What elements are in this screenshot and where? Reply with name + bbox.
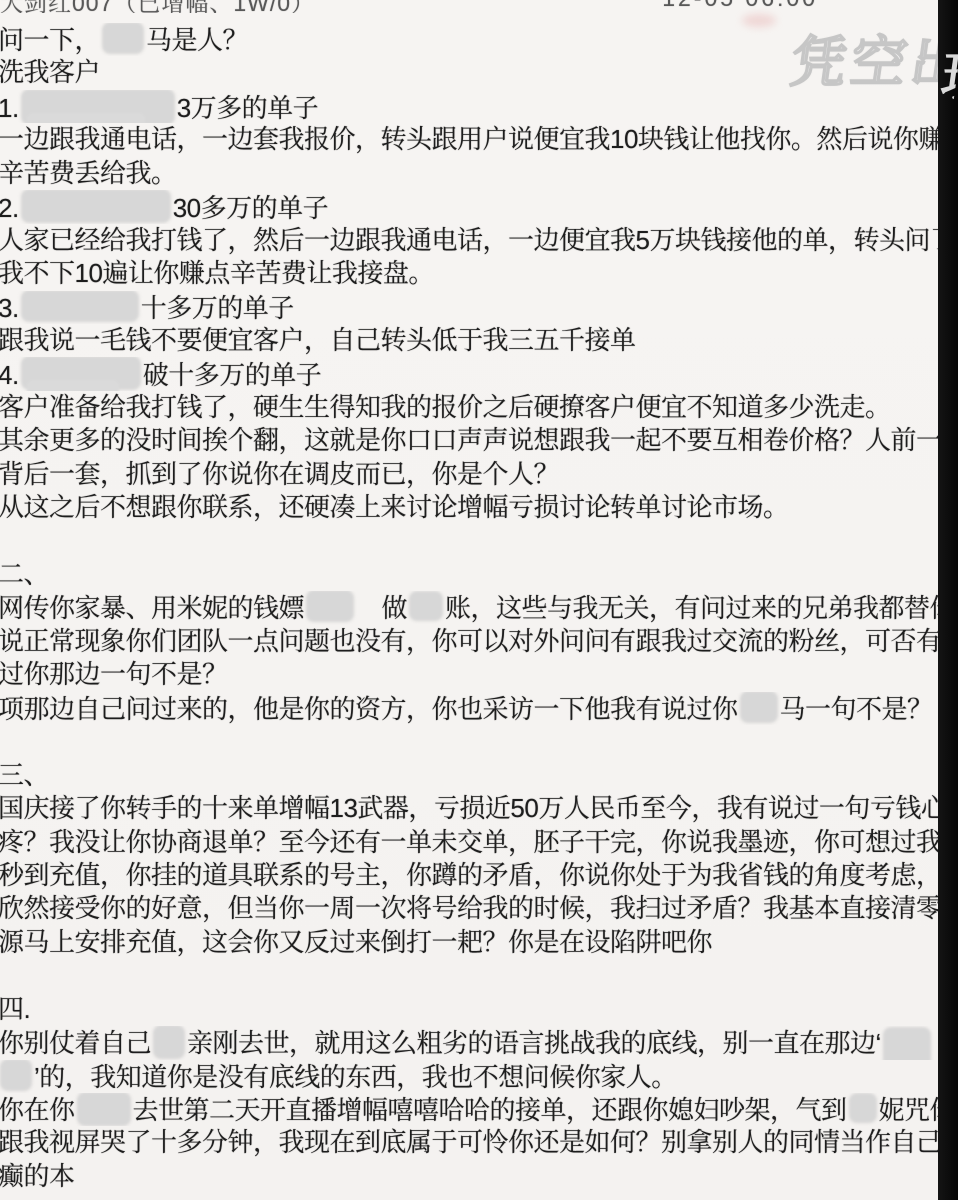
text-run: 洗我客户 xyxy=(0,57,100,87)
text-run: 我不下10遍让你赚点辛苦费让我接盘。 xyxy=(0,258,434,288)
text-run: 做 xyxy=(356,593,407,623)
redaction-blur xyxy=(22,190,170,222)
text-run: 4. xyxy=(0,360,19,390)
text-line: 3.十多万的单子 xyxy=(0,291,958,324)
text-run: 辛苦费丢给我。 xyxy=(0,158,177,188)
poster-name-partial: 大剑红007（已增幅、1W/0） xyxy=(0,0,315,13)
text-run: 项那边自己问过来的，他是你的资方，你也采访一下他我有说过你 xyxy=(0,694,738,724)
text-run: 秒到充值，你挂的道具联系的号主，你蹲的矛盾，你说你处于为我省钱的角度考虑，我 xyxy=(0,860,958,890)
text-line: 一边跟我通电话，一边套我报价，转头跟用户说便宜我10块钱让他找你。然后说你赚点 xyxy=(0,123,958,156)
text-run: 马是人？ xyxy=(146,25,248,55)
post-body: 问一下，马是人？洗我客户1.3万多的单子一边跟我通电话，一边套我报价，转头跟用户… xyxy=(0,23,958,1193)
text-line: 4.破十多万的单子 xyxy=(0,357,958,390)
text-line: 网传你家暴、用米妮的钱嫖 做账，这些与我无关，有问过来的兄弟我都替你解围 xyxy=(0,591,958,624)
redaction-blur xyxy=(22,90,174,123)
text-line: 跟我说一毛钱不要便宜客户，自己转头低于我三五千接单 xyxy=(0,324,958,357)
text-run: 30多万的单子 xyxy=(173,193,328,223)
watermark-text: 凭空出 xyxy=(786,18,958,97)
text-run: 国庆接了你转手的十来单增幅13武器，亏损近50万人民币至今，我有说过一句亏钱心 xyxy=(0,793,946,823)
text-run: 十多万的单子 xyxy=(141,293,294,323)
redaction-blur xyxy=(154,1026,184,1058)
text-run: 你别仗着自己 xyxy=(0,1028,151,1058)
text-line: 说正常现象你们团队一点问题也没有，你可以对外问问有跟我过交流的粉丝，可否有说 xyxy=(0,625,958,658)
text-line: 我不下10遍让你赚点辛苦费让我接盘。 xyxy=(0,257,958,290)
text-line: 你在你去世第二天开直播增幅嘻嘻哈哈的接单，还跟你媳妇吵架，气到妮咒你， xyxy=(0,1093,958,1126)
text-line: 三、 xyxy=(0,759,958,792)
text-run: 你在你 xyxy=(0,1095,75,1125)
text-run: 亲刚去世，就用这么粗劣的语言挑战我的底线，别一直在那边‘ xyxy=(187,1028,881,1058)
text-run: 从这之后不想跟你联系，还硬凑上来讨论增幅亏损讨论转单讨论市场。 xyxy=(0,492,789,522)
text-run: 二、 xyxy=(0,559,49,589)
screenshot-page: 大剑红007（已增幅、1W/0） 12-05 06:00 凭空出 现 问一下，马… xyxy=(0,0,958,1200)
redaction-blur xyxy=(103,23,143,53)
text-run: 3万多的单子 xyxy=(177,93,318,123)
redaction-blur xyxy=(850,1094,876,1122)
text-line: 2.30多万的单子 xyxy=(0,190,958,223)
redaction-blur xyxy=(78,1093,130,1125)
text-line: 源马上安排充值，这会你又反过来倒打一耙？你是在设陷阱吧你 xyxy=(0,926,958,959)
text-line: 其余更多的没时间挨个翻，这就是你口口声声说想跟我一起不要互相卷价格？人前一套 xyxy=(0,424,958,457)
text-run: 说正常现象你们团队一点问题也没有，你可以对外问问有跟我过交流的粉丝，可否有说 xyxy=(0,626,958,656)
text-run: 三、 xyxy=(0,760,49,790)
text-run: 问一下， xyxy=(0,25,100,55)
text-run: 四. xyxy=(0,994,30,1024)
redaction-blur xyxy=(410,592,442,620)
text-line: 国庆接了你转手的十来单增幅13武器，亏损近50万人民币至今，我有说过一句亏钱心 xyxy=(0,792,958,825)
text-run: 3. xyxy=(0,293,19,323)
text-line: 辛苦费丢给我。 xyxy=(0,157,958,190)
text-line xyxy=(0,725,958,758)
text-run: 其余更多的没时间挨个翻，这就是你口口声声说想跟我一起不要互相卷价格？人前一套 xyxy=(0,425,958,455)
post-timestamp-partial: 12-05 06:00 xyxy=(662,0,818,13)
text-line: 项那边自己问过来的，他是你的资方，你也采访一下他我有说过你马一句不是？ xyxy=(0,692,958,725)
text-line: 从这之后不想跟你联系，还硬凑上来讨论增幅亏损讨论转单讨论市场。 xyxy=(0,491,958,524)
redaction-blur xyxy=(22,357,140,389)
text-run: 1. xyxy=(0,93,19,123)
text-run: ’的，我知道你是没有底线的东西，我也不想问候你家人。 xyxy=(34,1062,677,1092)
text-line: 背后一套，抓到了你说你在调皮而已，你是个人？ xyxy=(0,458,958,491)
text-run: 癫的本 xyxy=(0,1161,75,1191)
text-line: 癫的本 xyxy=(0,1160,958,1193)
redaction-blur xyxy=(307,591,353,621)
redaction-blur xyxy=(884,1028,930,1059)
text-run: 过你那边一句不是？ xyxy=(0,659,228,689)
right-black-bar xyxy=(938,0,958,1200)
text-line xyxy=(0,959,958,992)
text-line: 四. xyxy=(0,993,958,1026)
text-line: ’的，我知道你是没有底线的东西，我也不想问候你家人。 xyxy=(0,1060,958,1093)
text-run: 2. xyxy=(0,193,19,223)
text-run: 马一句不是？ xyxy=(780,694,933,724)
text-line: 客户准备给我打钱了，硬生生得知我的报价之后硬撩客户便宜不知道多少洗走。 xyxy=(0,391,958,424)
text-run: 跟我说一毛钱不要便宜客户，自己转头低于我三五千接单 xyxy=(0,325,636,355)
text-run: 一边跟我通电话，一边套我报价，转头跟用户说便宜我10块钱让他找你。然后说你赚点 xyxy=(0,124,958,154)
text-line: 跟我视屏哭了十多分钟，我现在到底属于可怜你还是如何？别拿别人的同情当作自己发 xyxy=(0,1126,958,1159)
text-line: 疼？我没让你协商退单？至今还有一单未交单，胚子干完，你说我墨迹，你可想过我用 xyxy=(0,826,958,859)
text-line: 过你那边一句不是？ xyxy=(0,658,958,691)
redaction-blur xyxy=(1,1060,31,1090)
text-line: 二、 xyxy=(0,558,958,591)
text-run: 源马上安排充值，这会你又反过来倒打一耙？你是在设陷阱吧你 xyxy=(0,927,712,957)
text-line: 你别仗着自己亲刚去世，就用这么粗劣的语言挑战我的底线，别一直在那边‘ xyxy=(0,1026,958,1059)
text-run: 跟我视屏哭了十多分钟，我现在到底属于可怜你还是如何？别拿别人的同情当作自己发 xyxy=(0,1127,958,1157)
text-run: 人家已经给我打钱了，然后一边跟我通电话，一边便宜我5万块钱接他的单，转头问了 xyxy=(0,225,955,255)
text-run: 去世第二天开直播增幅嘻嘻哈哈的接单，还跟你媳妇吵架，气到 xyxy=(133,1095,847,1125)
text-line: 秒到充值，你挂的道具联系的号主，你蹲的矛盾，你说你处于为我省钱的角度考虑，我 xyxy=(0,859,958,892)
text-run: 客户准备给我打钱了，硬生生得知我的报价之后硬撩客户便宜不知道多少洗走。 xyxy=(0,392,891,422)
text-run: 背后一套，抓到了你说你在调皮而已，你是个人？ xyxy=(0,459,559,489)
redaction-blur xyxy=(741,692,777,722)
redaction-blur xyxy=(22,291,138,321)
text-run: 欣然接受你的好意，但当你一周一次将号给我的时候，我扫过矛盾？我基本直接清零资 xyxy=(0,893,958,923)
text-run: 疼？我没让你协商退单？至今还有一单未交单，胚子干完，你说我墨迹，你可想过我用 xyxy=(0,827,958,857)
text-line: 欣然接受你的好意，但当你一周一次将号给我的时候，我扫过矛盾？我基本直接清零资 xyxy=(0,892,958,925)
text-line: 人家已经给我打钱了，然后一边跟我通电话，一边便宜我5万块钱接他的单，转头问了 xyxy=(0,224,958,257)
text-line xyxy=(0,525,958,558)
text-run: 账，这些与我无关，有问过来的兄弟我都替你解围 xyxy=(445,593,958,623)
text-run: 破十多万的单子 xyxy=(143,360,322,390)
clipped-header-row: 大剑红007（已增幅、1W/0） 12-05 06:00 xyxy=(0,0,938,13)
text-run: 网传你家暴、用米妮的钱嫖 xyxy=(0,593,304,623)
